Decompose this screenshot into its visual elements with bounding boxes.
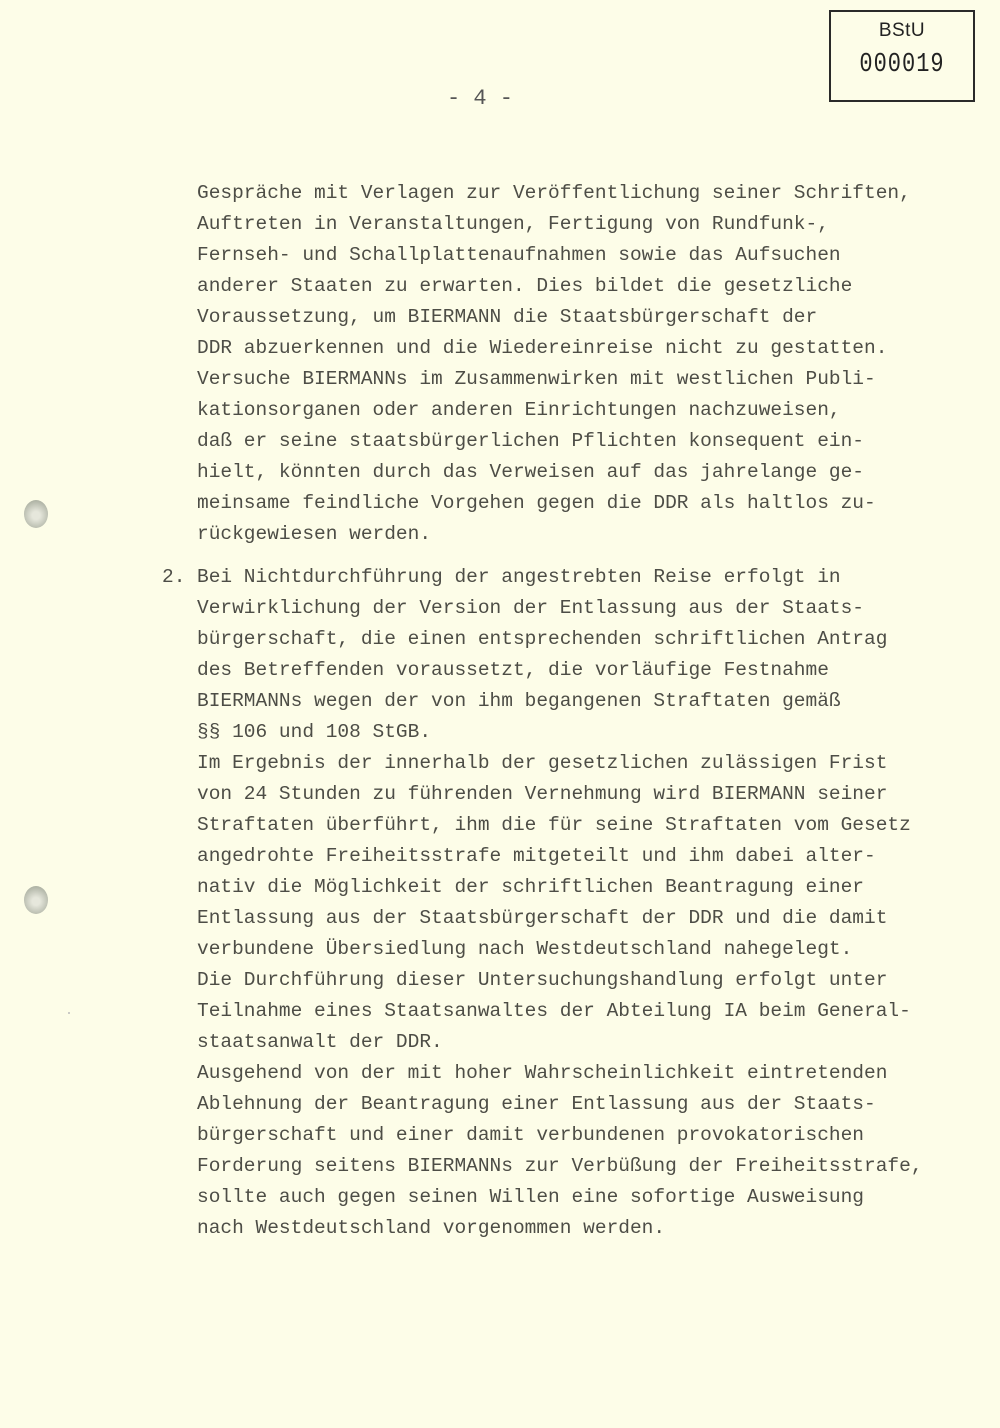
text-line: daß er seine staatsbürgerlichen Pflichte… (197, 426, 911, 457)
text-line: Ablehnung der Beantragung einer Entlassu… (197, 1089, 923, 1120)
text-line: Ausgehend von der mit hoher Wahrscheinli… (197, 1058, 923, 1089)
text-line: bürgerschaft, die einen entsprechenden s… (197, 624, 923, 655)
text-line: BIERMANNs wegen der von ihm begangenen S… (197, 686, 923, 717)
item-number: 2. (162, 562, 185, 593)
text-line: Bei Nichtdurchführung der angestrebten R… (197, 562, 923, 593)
text-line: von 24 Stunden zu führenden Vernehmung w… (197, 779, 923, 810)
text-line: nach Westdeutschland vorgenommen werden. (197, 1213, 923, 1244)
text-line: Versuche BIERMANNs im Zusammenwirken mit… (197, 364, 911, 395)
text-line: Voraussetzung, um BIERMANN die Staatsbür… (197, 302, 911, 333)
text-line: bürgerschaft und einer damit verbundenen… (197, 1120, 923, 1151)
text-line: Gespräche mit Verlagen zur Veröffentlich… (197, 178, 911, 209)
paper-speck (68, 1012, 70, 1014)
text-line: Teilnahme eines Staatsanwaltes der Abtei… (197, 996, 923, 1027)
text-line: Fernseh- und Schallplattenaufnahmen sowi… (197, 240, 911, 271)
item-2-text: Bei Nichtdurchführung der angestrebten R… (197, 562, 923, 1244)
stamp-title: BStU (831, 20, 973, 42)
text-line: sollte auch gegen seinen Willen eine sof… (197, 1182, 923, 1213)
text-line: hielt, könnten durch das Verweisen auf d… (197, 457, 911, 488)
text-line: Auftreten in Veranstaltungen, Fertigung … (197, 209, 911, 240)
text-line: kationsorganen oder anderen Einrichtunge… (197, 395, 911, 426)
text-line: meinsame feindliche Vorgehen gegen die D… (197, 488, 911, 519)
text-line: Straftaten überführt, ihm die für seine … (197, 810, 923, 841)
text-line: staatsanwalt der DDR. (197, 1027, 923, 1058)
text-line: Verwirklichung der Version der Entlassun… (197, 593, 923, 624)
page-number: - 4 - (430, 86, 530, 111)
punch-hole-icon (24, 886, 48, 914)
text-line: angedrohte Freiheitsstrafe mitgeteilt un… (197, 841, 923, 872)
paragraph-1: Gespräche mit Verlagen zur Veröffentlich… (197, 178, 911, 550)
text-line: Im Ergebnis der innerhalb der gesetzlich… (197, 748, 923, 779)
text-line: DDR abzuerkennen und die Wiedereinreise … (197, 333, 911, 364)
text-line: Die Durchführung dieser Untersuchungshan… (197, 965, 923, 996)
text-line: nativ die Möglichkeit der schriftlichen … (197, 872, 923, 903)
text-line: rückgewiesen werden. (197, 519, 911, 550)
text-line: §§ 106 und 108 StGB. (197, 717, 923, 748)
text-line: des Betreffenden voraussetzt, die vorläu… (197, 655, 923, 686)
text-line: Entlassung aus der Staatsbürgerschaft de… (197, 903, 923, 934)
text-line: anderer Staaten zu erwarten. Dies bildet… (197, 271, 911, 302)
punch-hole-icon (24, 500, 48, 528)
archive-stamp: BStU 000019 (829, 10, 975, 102)
stamp-number: 000019 (831, 50, 973, 80)
text-line: Forderung seitens BIERMANNs zur Verbüßun… (197, 1151, 923, 1182)
text-line: verbundene Übersiedlung nach Westdeutsch… (197, 934, 923, 965)
